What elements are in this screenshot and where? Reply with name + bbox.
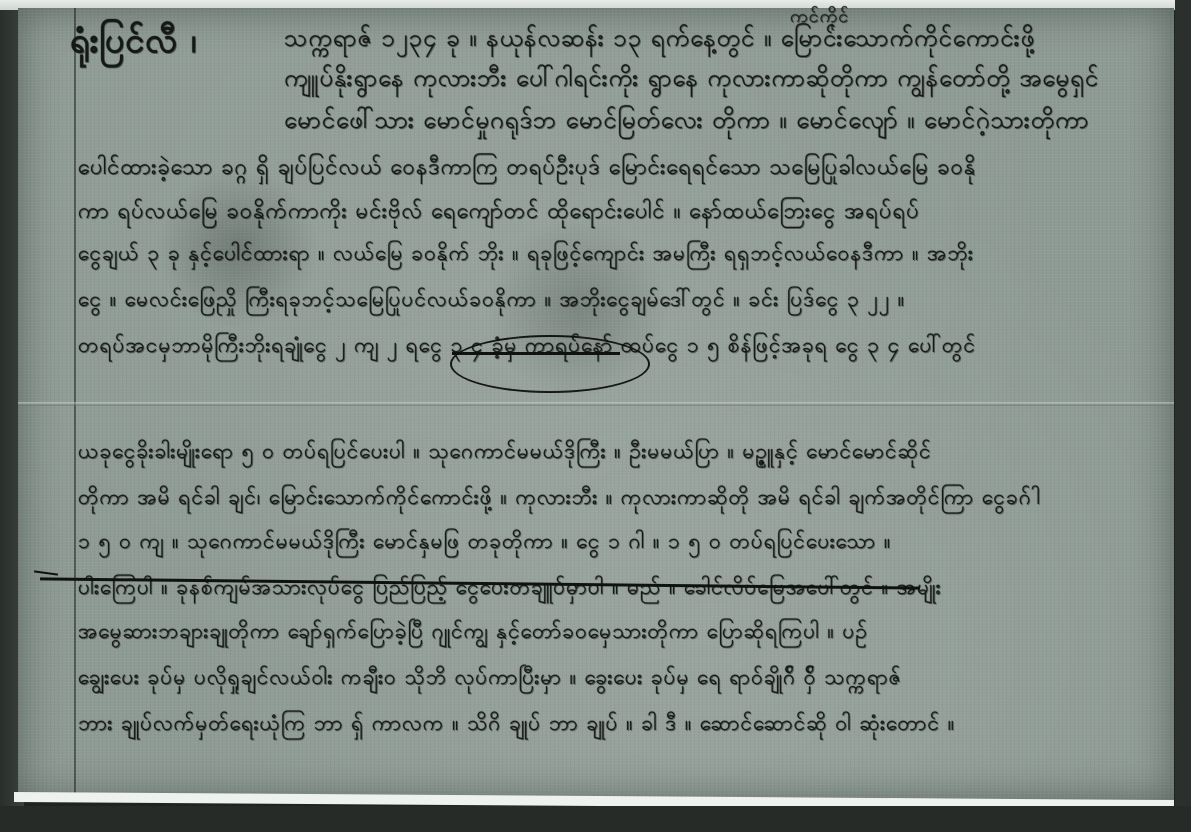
lower-line-6: ချွေးပေး ခုပ်မှ ပလိုရှုချင်လယ်ဝါး ကချီးဝ… xyxy=(78,664,902,695)
upper-line-1: သက္ကရာဇ် ၁၂၃၄ ခု ။ နယုန်လဆန်း ၁၃ ရက်နေ့တ… xyxy=(284,22,1035,58)
strikethrough-circled xyxy=(452,352,620,355)
lower-line-5: အမွေဆားဘချားချုတိုကာ ချော်ရှက်ပြောခဲ့ပြီ… xyxy=(78,618,868,649)
lower-line-7: ဘား ချုပ်လက်မှတ်ရေးယုံကြ ဘာ ရှ် ကာလက ။ သ… xyxy=(78,710,955,741)
document-heading: ရုံးပြင်လီ ၊ xyxy=(70,18,197,69)
upper-line-7: ငွေ ။ မေလင်းဖြေညှို ကြီးရခုဘင့်သမြေပြုပင… xyxy=(78,286,905,317)
upper-line-2: ကျူပ်နိုးရွာနေ ကုလားဘီး ပေါ်ဂါရင်းကိုး ရ… xyxy=(284,62,1099,98)
photo-background-right xyxy=(1175,0,1191,832)
upper-line-8: တရပ်အငမှဘာမိုကြီးဘိုးရချုံငွေ ၂ ကျ ၂ ရငွ… xyxy=(78,332,976,363)
upper-line-5: ကာ ရပ်လယ်မြေ ခဝနိုက်ကာကိုး မင်းဗိုလ် ရေက… xyxy=(78,196,920,229)
lower-line-3: ၁ ၅ ၀ ကျ ။ သုဂေကာင်မမယ်ဒိုကြီး မောင်နှမဖ… xyxy=(78,528,891,559)
upper-line-4: ပေါင်ထားခဲ့သော ခဂ္ဂ ရှိ ချပ်ပြင်လယ် ဝေနဒ… xyxy=(78,152,976,185)
lower-line-2: တိုကာ အမိ ရင်ခါ ချင်၊ မြောင်းသောက်ကိုင်က… xyxy=(78,484,1041,515)
upper-line-3: မောင်ဖေါ်သား မောင်မှုဂရုဒ်ဘ မောင်မြတ်လေး… xyxy=(284,104,1089,140)
fold-crease xyxy=(18,402,1174,406)
upper-line-6: ငွေချယ် ၃ ခု နှင့်ပေါင်ထားရာ ။ လယ်မြေ ခဝ… xyxy=(78,240,974,271)
photo-background-bottom xyxy=(0,806,1191,832)
lower-line-1: ယခုငွေခိုးခါးမျိုးရော ၅ ၀ တပ်ရပြင်ပေးပါ … xyxy=(78,438,932,469)
